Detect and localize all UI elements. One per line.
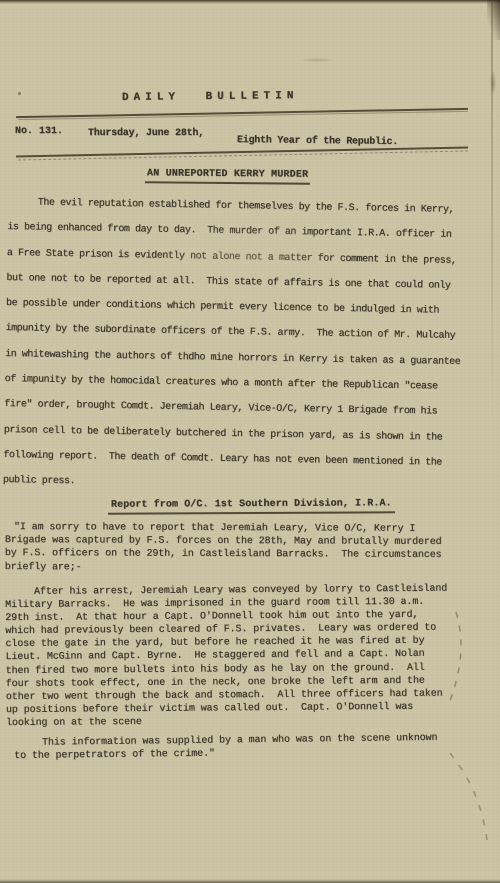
top-right-corner-stain xyxy=(487,0,500,40)
issue-number: No. 131. xyxy=(15,126,63,137)
faint-smudge xyxy=(300,58,334,62)
report-paragraph-details: After his arrest, Jeremiah Leary was con… xyxy=(5,582,494,730)
report-paragraph-intro: "I am sorry to have to report that Jerem… xyxy=(5,521,493,576)
masthead-rule-top xyxy=(16,108,468,118)
report-paragraph-source: This information was supplied by a man w… xyxy=(14,731,492,763)
crease-arc-lower xyxy=(450,753,487,840)
document-page: DAILY BULLETIN No. 131. Thursday, June 2… xyxy=(0,0,500,883)
issue-date: Thursday, June 28th, xyxy=(88,128,204,139)
republic-year: Eighth Year of the Republic. xyxy=(237,135,398,148)
report-section-heading: Report from O/C. 1st Southern Division, … xyxy=(108,498,395,515)
lead-paragraph: The evil reputation established for them… xyxy=(3,190,480,502)
edge-smudge xyxy=(490,70,496,96)
article-headline: AN UNREPORTED KERRY MURDER xyxy=(145,168,310,184)
ink-speck xyxy=(18,92,21,95)
masthead-row: No. 131. Thursday, June 28th, Eighth Yea… xyxy=(0,126,500,162)
page-bottom-edge-shadow xyxy=(0,879,500,883)
bulletin-title: DAILY BULLETIN xyxy=(122,90,299,104)
right-fold-crease xyxy=(491,0,493,420)
page-top-edge-shadow xyxy=(0,0,500,4)
